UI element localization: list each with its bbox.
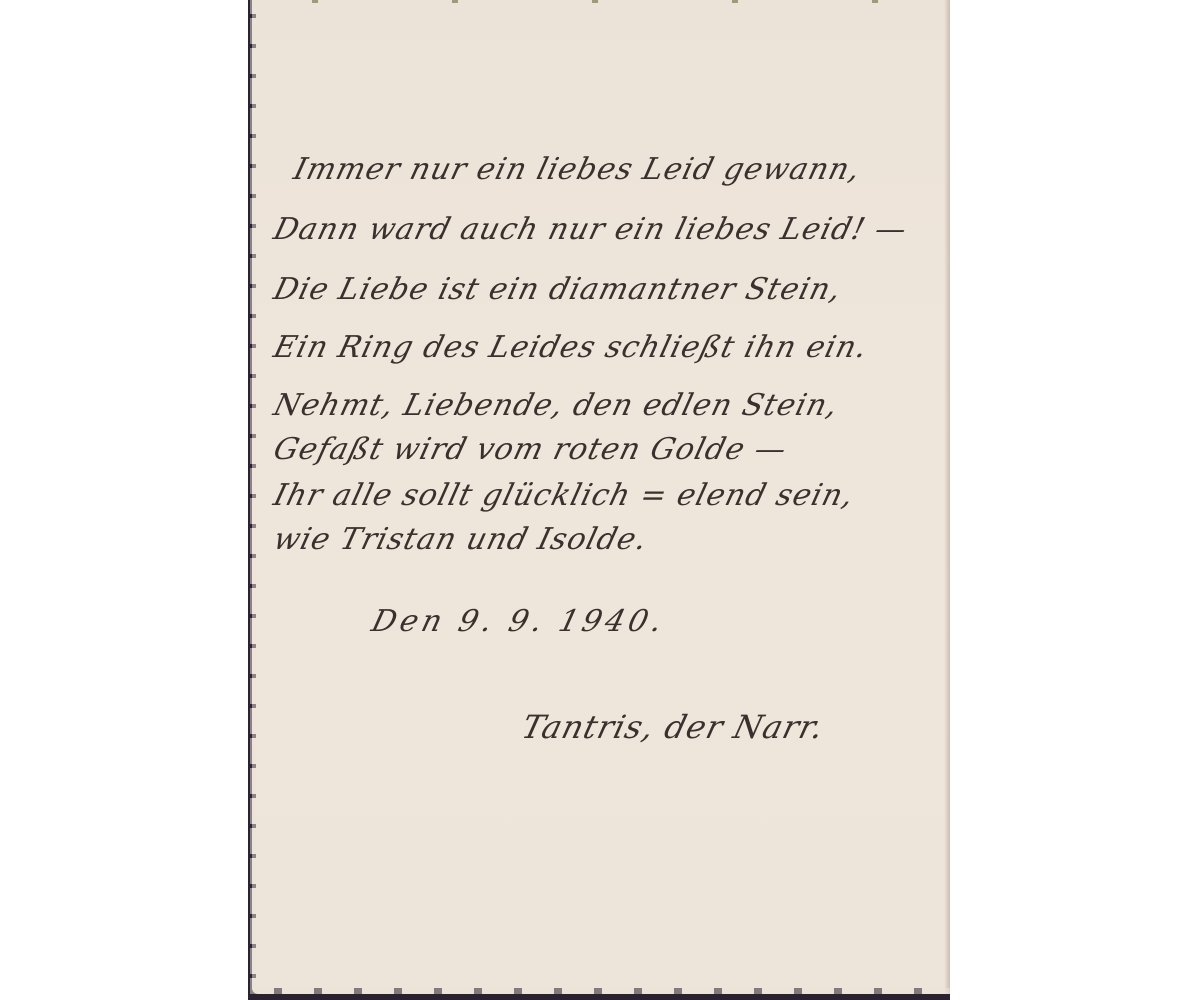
- verse-line-6: Gefaßt wird vom roten Golde —: [270, 432, 791, 467]
- verse-line-2: Dann ward auch nur ein liebes Leid! —: [270, 212, 911, 247]
- verse-line-7: Ihr alle sollt glücklich = elend sein,: [270, 478, 858, 513]
- verse-line-3: Die Liebe ist ein diamantner Stein,: [270, 272, 845, 307]
- verse-line-5: Nehmt, Liebende, den edlen Stein,: [270, 388, 842, 423]
- top-edge-ink-traces: [252, 0, 950, 3]
- deckled-bottom-edge: [256, 988, 950, 994]
- verse-line-1: Immer nur ein liebes Leid gewann,: [290, 152, 864, 187]
- deckled-left-edge: [250, 0, 256, 994]
- date-line: Den 9. 9. 1940.: [368, 604, 670, 639]
- verse-line-8: wie Tristan und Isolde.: [270, 522, 651, 557]
- verse-line-4: Ein Ring des Leides schließt ihn ein.: [270, 330, 871, 365]
- scan-stage: Immer nur ein liebes Leid gewann, Dann w…: [0, 0, 1200, 1000]
- signature: Tantris, der Narr.: [518, 708, 828, 746]
